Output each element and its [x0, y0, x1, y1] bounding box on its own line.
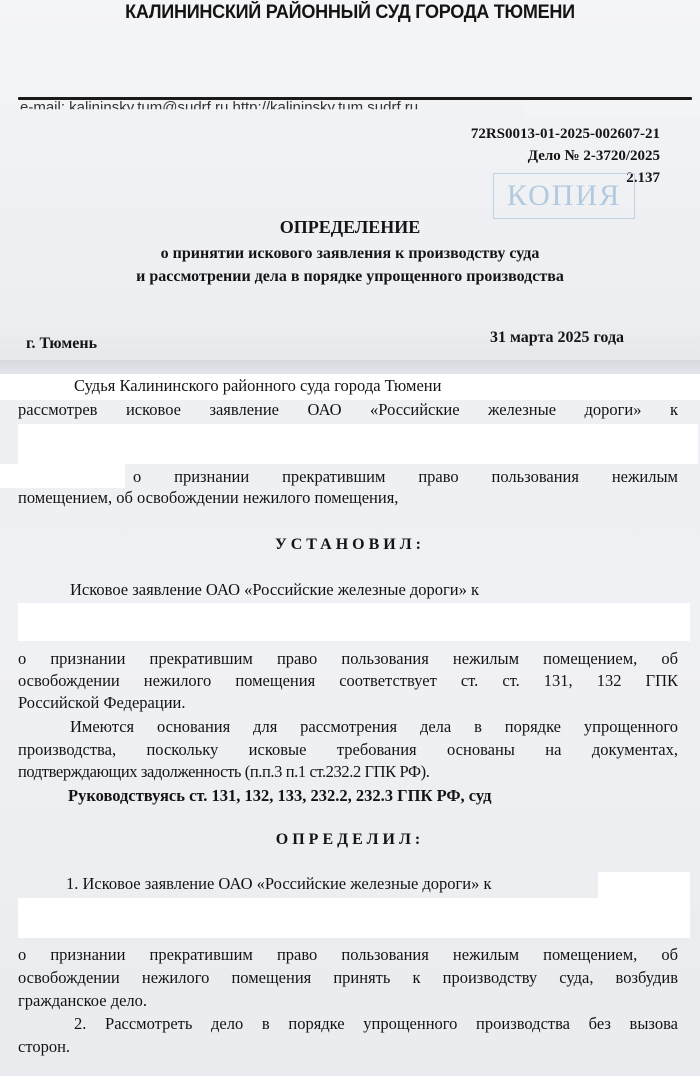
ruled-line: о признании прекратившим право пользован…: [18, 945, 678, 965]
court-name-header: КАЛИНИНСКИЙ РАЙОННЫЙ СУД ГОРОДА ТЮМЕНИ: [18, 2, 683, 24]
redaction-box: [598, 872, 690, 898]
place-label: г. Тюмень: [26, 335, 97, 353]
ruled-line: 2. Рассмотреть дело в порядке упрощенног…: [74, 1014, 678, 1034]
subtitle-line: и рассмотрении дела в порядке упрощенног…: [0, 265, 700, 288]
established-line: Российской Федерации.: [18, 693, 186, 713]
established-line: Имеются основания для рассмотрения дела …: [70, 717, 678, 737]
established-line: производства, поскольку исковые требован…: [18, 740, 678, 760]
subtitle-line: о принятии искового заявления к производ…: [0, 242, 700, 265]
intro-line: помещением, об освобождении нежилого пом…: [18, 488, 398, 508]
court-contact-email: e-mail: kalininsky.tum@sudrf.ru http://k…: [20, 99, 418, 116]
established-line: подтверждающих задолженность (п.п.3 п.1 …: [18, 762, 429, 782]
established-line: Исковое заявление ОАО «Российские железн…: [70, 580, 479, 600]
copy-stamp: КОПИЯ: [493, 173, 635, 219]
document-subtitle: о принятии искового заявления к производ…: [0, 242, 700, 288]
header-blank-area: [0, 28, 700, 94]
intro-line: Судья Калининского районного суда города…: [74, 376, 441, 396]
redaction-box: [0, 464, 125, 488]
document-title: ОПРЕДЕЛЕНИЕ: [0, 217, 700, 238]
redaction-box: [18, 603, 690, 641]
ruled-line: освобождении нежилого помещения принять …: [18, 968, 678, 988]
guided-by-line: Руководствуясь ст. 131, 132, 133, 232.2,…: [68, 786, 491, 806]
redaction-box: [18, 424, 698, 464]
established-line: о признании прекратившим право пользован…: [18, 649, 678, 669]
case-id: 72RS0013-01-2025-002607-21: [471, 123, 660, 145]
intro-line: о признании прекратившим право пользован…: [133, 467, 678, 487]
case-number: Дело № 2-3720/2025: [471, 145, 660, 167]
ruled-line: гражданское дело.: [18, 991, 147, 1011]
redaction-box: [18, 898, 690, 938]
intro-line: рассмотрев исковое заявление ОАО «Россий…: [18, 400, 678, 420]
ruled-line: 1. Исковое заявление ОАО «Российские жел…: [66, 874, 492, 894]
ruled-heading: ОПРЕДЕЛИЛ:: [0, 831, 700, 849]
established-line: освобождении нежилого помещения соответс…: [18, 671, 678, 691]
redaction-box: [525, 100, 700, 118]
ruled-line: сторон.: [18, 1037, 70, 1057]
established-heading: УСТАНОВИЛ:: [0, 536, 700, 554]
date-label: 31 марта 2025 года: [490, 329, 624, 347]
